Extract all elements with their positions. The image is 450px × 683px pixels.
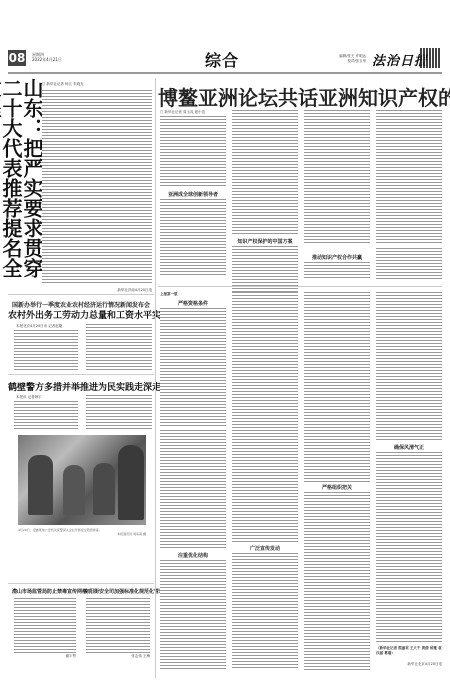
photo-figure xyxy=(63,465,85,515)
delegates-subhead-5: 确保风清气正 xyxy=(376,444,442,451)
divider xyxy=(8,583,154,584)
delegates-subhead-4: 严格组织把关 xyxy=(304,484,370,491)
hebi-article-body-col2 xyxy=(86,395,152,429)
bottom-article-1-author: 谢宇赞 xyxy=(38,654,76,659)
left-article-body xyxy=(42,90,152,285)
delegates-body-col1b xyxy=(160,430,226,548)
rural-article-headline: 农村外出务工劳动力总量和工资水平实现双增长 xyxy=(8,308,154,321)
photo-figure xyxy=(118,445,144,520)
newspaper-page: 08 星期四 2022年4月21日 综合 编辑/张天 许明远 校对/张玉州 法治… xyxy=(8,48,442,678)
proofreader-line: 校对/张玉州 xyxy=(334,59,366,64)
hebi-article-byline: 本报讯 记者韩宇 xyxy=(16,395,42,400)
photo-figure xyxy=(93,463,115,515)
delegates-body-col4a xyxy=(376,292,442,442)
section-title: 综合 xyxy=(205,48,239,71)
bottom-article-2-headline: 南阳街安全司加强标准化规范化管理 xyxy=(84,588,152,595)
rural-article-byline: 本报北京4月20日讯 记者赵婕 xyxy=(16,324,62,329)
main-body-col3b xyxy=(304,262,370,280)
left-article-headline: 山东：把严实要求贯穿二十大代表推荐提名全过程 xyxy=(10,78,42,293)
delegates-subhead-1: 严格资格条件 xyxy=(160,300,226,307)
column-divider xyxy=(155,78,156,678)
hebi-article-body-col1 xyxy=(14,401,78,429)
main-article-byline: □ 新华社记者 周玉兆 夏小忠 xyxy=(160,110,205,115)
main-body-col3 xyxy=(304,110,370,245)
divider xyxy=(158,286,442,287)
delegates-footer: 新华社北京4月20日电 xyxy=(376,662,442,667)
bottom-article-2-author: 张志伟 王梅 xyxy=(108,654,150,659)
bottom-article-1-body xyxy=(14,598,76,653)
date: 2022年4月21日 xyxy=(32,57,62,62)
masthead: 08 星期四 2022年4月21日 综合 编辑/张天 许明远 校对/张玉州 法治… xyxy=(8,48,442,74)
caption-text: 4月20日，安徽某地公安机关民警深入企业开展安全隐患排查。 xyxy=(18,528,102,532)
delegates-kicker: 上接第一版 xyxy=(160,292,178,297)
photo-caption: 4月20日，安徽某地公安机关民警深入企业开展安全隐患排查。 本报通讯员 刘家甫 … xyxy=(18,528,146,536)
news-photo xyxy=(18,435,146,525)
delegates-reporters: （新华社记者 熊丽君 王大千 黄倩 侯雅 袁汉丽 葛瑞） xyxy=(376,646,442,656)
hebi-article-headline: 鹤壁警方多措并举推进为民实践走深走实 xyxy=(8,380,154,393)
delegates-subhead-3: 广泛宣传发动 xyxy=(232,545,298,552)
qr-code-icon[interactable] xyxy=(420,48,440,68)
editors: 编辑/张天 许明远 校对/张玉州 xyxy=(334,54,366,64)
divider xyxy=(8,294,154,295)
main-body-col1a xyxy=(160,116,226,188)
bottom-article-1-headline: 潜山市场监管局防止禁毒宣传网格 xyxy=(12,588,78,595)
main-body-col4b xyxy=(376,248,442,280)
main-subhead-1: 亚洲成全球创新领导者 xyxy=(160,191,226,198)
photo-figure xyxy=(28,455,53,515)
delegates-body-col1c xyxy=(160,560,226,670)
divider xyxy=(8,374,154,375)
delegates-subhead-2: 注重优化结构 xyxy=(160,552,226,559)
main-body-col2a xyxy=(232,110,298,235)
rural-article-body-col2 xyxy=(86,324,152,370)
delegates-body-col3a xyxy=(304,292,370,482)
rural-article-body-col1 xyxy=(14,330,78,370)
page-number: 08 xyxy=(8,50,26,66)
left-article-byline: □ 新华社记者 杨五 朱晓光 xyxy=(42,82,84,87)
delegates-body-col2b xyxy=(232,553,298,670)
delegates-body-col2a xyxy=(232,292,298,542)
main-body-col4 xyxy=(376,110,442,245)
issue-date: 星期四 2022年4月21日 xyxy=(32,52,62,62)
delegates-body-col4b xyxy=(376,452,442,644)
left-article-footer: 新华社济南4月20日电 xyxy=(88,288,152,293)
masthead-rule xyxy=(8,72,442,74)
main-body-col1b xyxy=(160,199,226,275)
main-subhead-3: 推动知识产权合作共赢 xyxy=(304,254,370,261)
main-subhead-2: 知识产权保护的中国方案 xyxy=(232,238,298,245)
photo-credit: 本报通讯员 刘家甫 摄 xyxy=(18,532,146,536)
main-headline: 博鳌亚洲论坛共话亚洲知识产权的趋势与机遇 xyxy=(158,82,442,111)
bottom-article-2-body xyxy=(86,598,150,653)
delegates-body-col1a xyxy=(160,308,226,428)
delegates-body-col3b xyxy=(304,492,370,670)
